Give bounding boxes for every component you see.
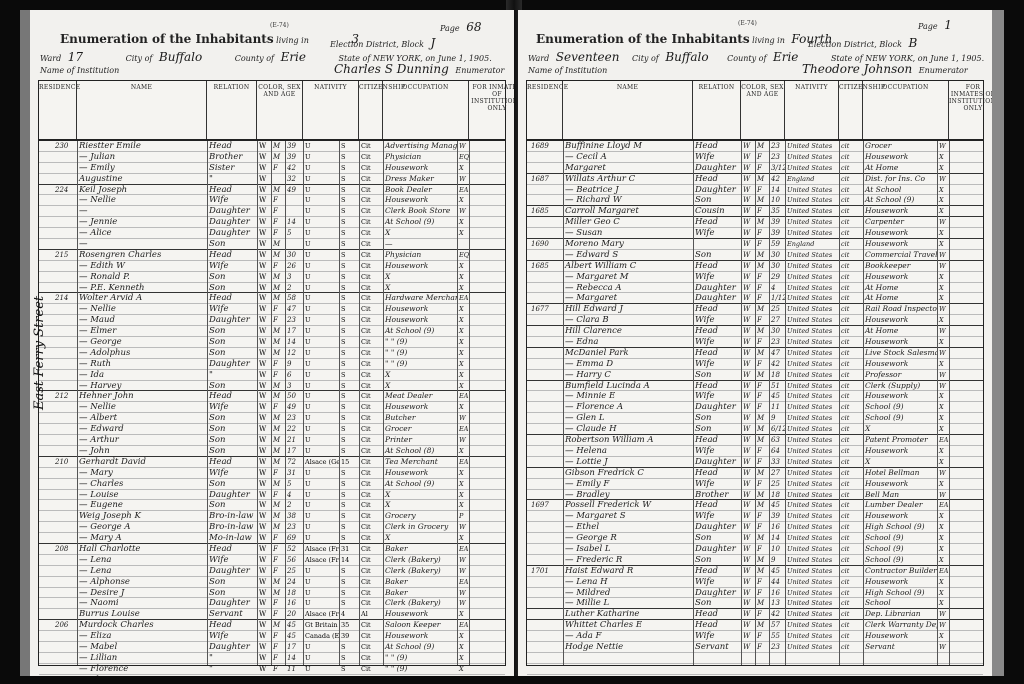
- cell-relation: Cousin: [693, 206, 741, 216]
- cell-house: [529, 598, 563, 608]
- cell-sex: M: [755, 555, 769, 565]
- cell-occupation: Housework: [383, 304, 457, 314]
- cell-nativity: U: [303, 348, 339, 358]
- cell-name: — Mildred: [563, 588, 693, 598]
- cell-cit: cit: [839, 468, 863, 478]
- cell-sex: M: [271, 413, 285, 423]
- cell-age: 47: [285, 304, 303, 314]
- cell-cit: Cit: [359, 174, 383, 184]
- cell-class: EQ: [457, 250, 469, 260]
- cell-class: W: [937, 174, 949, 184]
- cell-nativity: United States: [785, 402, 839, 412]
- cell-name: — Cecil A: [563, 152, 693, 162]
- cell-nativity: United States: [785, 511, 839, 521]
- cell-name: Hodge Nettie: [563, 642, 693, 652]
- cell-occupation: School (9): [863, 413, 937, 423]
- table-row: — Lillian"WF14USCit" " (9)X: [39, 653, 505, 664]
- cell-relation: Brother: [207, 152, 257, 162]
- cell-cit: cit: [839, 337, 863, 347]
- cell-nativity: United States: [785, 315, 839, 325]
- cell-occupation: Advertising Manager: [383, 141, 457, 151]
- cell-nativity: United States: [785, 141, 839, 151]
- cell-age: 18: [769, 370, 785, 380]
- cell-nat2: 4: [339, 609, 359, 619]
- cell-color: W: [741, 533, 755, 543]
- cell-class: EA: [457, 620, 469, 630]
- cell-class: EA: [937, 500, 949, 510]
- cell-sex: M: [271, 577, 285, 587]
- cell-nativity: U: [303, 413, 339, 423]
- cell-name: — Margaret M: [563, 272, 693, 282]
- cell-relation: Head: [207, 141, 257, 151]
- cell-relation: Head: [693, 348, 741, 358]
- cell-relation: Daughter: [693, 185, 741, 195]
- cell-cit: Cit: [359, 500, 383, 510]
- cell-relation: Wife: [207, 555, 257, 565]
- cell-class: W: [937, 381, 949, 391]
- cell-relation: Son: [207, 500, 257, 510]
- cell-occupation: At School (9): [383, 217, 457, 227]
- cell-house: [53, 533, 77, 543]
- cell-age: 9: [285, 359, 303, 369]
- cell-nat2: S: [339, 272, 359, 282]
- cell-name: — Adolphus: [77, 348, 207, 358]
- cell-color: W: [257, 413, 271, 423]
- cell-cit: cit: [839, 326, 863, 336]
- cell-occupation: High School (9): [863, 522, 937, 532]
- cell-color: W: [741, 272, 755, 282]
- cell-color: W: [257, 370, 271, 380]
- cell-color: W: [741, 293, 755, 303]
- cell-color: W: [741, 468, 755, 478]
- cell-occupation: Carpenter: [863, 217, 937, 227]
- cell-nativity: U: [303, 391, 339, 401]
- cell-age: 14: [769, 533, 785, 543]
- cell-sex: F: [271, 163, 285, 173]
- cell-nativity: U: [303, 500, 339, 510]
- cell-occupation: Grocery: [383, 511, 457, 521]
- cell-age: 59: [769, 239, 785, 249]
- cell-sex: M: [755, 500, 769, 510]
- cell-class: W: [457, 174, 469, 184]
- table-row: — ArthurSonWM21USCitPrinterW: [39, 435, 505, 446]
- cell-nat2: S: [339, 250, 359, 260]
- cell-age: 11: [769, 402, 785, 412]
- cell-color: W: [257, 337, 271, 347]
- cell-age: 69: [285, 533, 303, 543]
- cell-sex: M: [271, 424, 285, 434]
- cell-age: 45: [769, 391, 785, 401]
- cell-name: — Elmer: [77, 326, 207, 336]
- cell-occupation: Dress Maker: [383, 174, 457, 184]
- cell-nat2: S: [339, 239, 359, 249]
- cell-relation: Daughter: [207, 217, 257, 227]
- cell-nat2: S: [339, 533, 359, 543]
- cell-sex: F: [755, 185, 769, 195]
- cell-color: W: [257, 359, 271, 369]
- cell-nat2: S: [339, 391, 359, 401]
- cell-house: [53, 609, 77, 619]
- cell-cit: Cit: [359, 413, 383, 423]
- cell-class: X: [457, 261, 469, 271]
- cell-class: X: [937, 457, 949, 467]
- cell-sex: F: [755, 152, 769, 162]
- cell-age: 35: [769, 206, 785, 216]
- cell-nat2: S: [339, 206, 359, 216]
- table-row: — RuthDaughterWF9USCit" " (9)X: [39, 359, 505, 370]
- cell-age: 12: [285, 348, 303, 358]
- cell-house: 208: [53, 544, 77, 554]
- cell-age: 45: [769, 500, 785, 510]
- cell-sex: M: [755, 598, 769, 608]
- cell-relation: Head: [693, 435, 741, 445]
- cell-color: W: [741, 402, 755, 412]
- cell-sex: F: [755, 642, 769, 652]
- cell-name: — Bradley: [563, 490, 693, 500]
- cell-name: — P.E. Kenneth: [77, 283, 207, 293]
- cell-sex: M: [755, 195, 769, 205]
- cell-nat2: S: [339, 588, 359, 598]
- cell-cit: Cit: [359, 370, 383, 380]
- cell-sex: M: [755, 566, 769, 576]
- cell-house: [529, 228, 563, 238]
- cell-color: W: [741, 152, 755, 162]
- cell-relation: Head: [693, 381, 741, 391]
- cell-name: Rosengren Charles: [77, 250, 207, 260]
- cell-nativity: United States: [785, 588, 839, 598]
- cell-name: Willats Arthur C: [563, 174, 693, 184]
- cell-house: [529, 381, 563, 391]
- cell-sex: M: [271, 152, 285, 162]
- cell-age: 30: [285, 250, 303, 260]
- cell-name: — Lena: [77, 566, 207, 576]
- cell-cit: cit: [839, 413, 863, 423]
- cell-name: Hehner John: [77, 391, 207, 401]
- cell-class: EA: [457, 185, 469, 195]
- cell-nativity: U: [303, 490, 339, 500]
- cell-relation: Daughter: [693, 283, 741, 293]
- cell-name: Augustine: [77, 174, 207, 184]
- cell-color: W: [741, 479, 755, 489]
- cell-nativity: United States: [785, 598, 839, 608]
- cell-age: [769, 653, 785, 663]
- table-row: 208Hall CharlotteHeadWF52Alsace (France)…: [39, 544, 505, 555]
- cell-relation: Head: [693, 304, 741, 314]
- cell-nativity: Canada (Eng): [303, 631, 339, 641]
- cell-house: [53, 261, 77, 271]
- cell-relation: Daughter: [693, 544, 741, 554]
- cell-cit: cit: [839, 163, 863, 173]
- table-row: — AlphonseSonWM24USCitBakerEA: [39, 577, 505, 588]
- form-code: (E-74): [270, 22, 289, 29]
- cell-name: — Desire J: [77, 588, 207, 598]
- cell-color: W: [257, 174, 271, 184]
- cell-sex: M: [755, 174, 769, 184]
- cell-nativity: United States: [785, 642, 839, 652]
- cell-cit: cit: [839, 391, 863, 401]
- cell-relation: Son: [693, 250, 741, 260]
- cell-occupation: At Home: [863, 283, 937, 293]
- table-row: — NellieWifeWF49USCitHouseworkX: [39, 402, 505, 413]
- cell-nativity: United States: [785, 326, 839, 336]
- cell-sex: F: [271, 598, 285, 608]
- cell-nativity: U: [303, 653, 339, 663]
- cell-color: W: [741, 359, 755, 369]
- cell-name: — Edward S: [563, 250, 693, 260]
- cell-cit: Cit: [359, 326, 383, 336]
- cell-relation: Son: [207, 446, 257, 456]
- cell-age: 14: [285, 653, 303, 663]
- cell-age: 33: [769, 457, 785, 467]
- cell-occupation: " " (9): [383, 348, 457, 358]
- cell-occupation: Bell Man: [863, 490, 937, 500]
- cell-class: X: [937, 206, 949, 216]
- cell-color: W: [741, 577, 755, 587]
- table-row: — NellieWifeWFUSCitHouseworkX: [39, 195, 505, 206]
- cell-name: — Florence A: [563, 402, 693, 412]
- cell-house: [53, 239, 77, 249]
- cell-house: [529, 424, 563, 434]
- cell-age: 27: [769, 315, 785, 325]
- cell-cit: Cit: [359, 261, 383, 271]
- cell-relation: Wife: [693, 631, 741, 641]
- cell-occupation: School (9): [863, 544, 937, 554]
- cell-house: [529, 293, 563, 303]
- cell-occupation: " " (9): [383, 359, 457, 369]
- cell-age: 14: [769, 185, 785, 195]
- col-citizenship: Citizenship: [839, 81, 863, 139]
- cell-occupation: At Home: [863, 163, 937, 173]
- cell-occupation: Butcher: [383, 413, 457, 423]
- ward-value: Seventeen: [556, 50, 620, 64]
- cell-sex: M: [755, 141, 769, 151]
- election-district-field: Election District, Block B: [808, 36, 921, 50]
- cell-color: W: [257, 152, 271, 162]
- census-table-left: Residence Name Relation Color, Sex and A…: [38, 80, 506, 666]
- institution-line: Name of Institution: [528, 66, 607, 75]
- cell-name: [563, 653, 693, 663]
- cell-nativity: U: [303, 315, 339, 325]
- cell-name: — Glen L: [563, 413, 693, 423]
- cell-relation: Daughter: [207, 228, 257, 238]
- cell-nativity: United States: [785, 283, 839, 293]
- cell-occupation: X: [863, 424, 937, 434]
- cell-cit: Cit: [359, 511, 383, 521]
- cell-age: 4: [769, 283, 785, 293]
- cell-name: — Albert: [77, 413, 207, 423]
- cell-house: [529, 359, 563, 369]
- cell-relation: Daughter: [207, 566, 257, 576]
- cell-sex: F: [755, 479, 769, 489]
- left-rows: 230Riestter EmileHeadWM39USCitAdvertisin…: [39, 141, 505, 665]
- cell-relation: Wife: [693, 337, 741, 347]
- cell-color: W: [257, 228, 271, 238]
- cell-color: W: [741, 381, 755, 391]
- cell-cit: cit: [839, 304, 863, 314]
- cell-house: [53, 359, 77, 369]
- cell-relation: Wife: [693, 315, 741, 325]
- cell-house: [529, 577, 563, 587]
- cell-house: [529, 163, 563, 173]
- cell-relation: Servant: [693, 642, 741, 652]
- cell-house: [53, 304, 77, 314]
- col-occupation: Occupation: [383, 81, 469, 139]
- cell-cit: Cit: [359, 185, 383, 195]
- cell-house: [53, 588, 77, 598]
- cell-name: Whittet Charles E: [563, 620, 693, 630]
- cell-name: — Emma D: [563, 359, 693, 369]
- cell-sex: F: [271, 315, 285, 325]
- cell-nativity: United States: [785, 391, 839, 401]
- street-annotation: East Ferry Street: [32, 230, 46, 410]
- cell-nat2: S: [339, 195, 359, 205]
- cell-sex: M: [271, 479, 285, 489]
- cell-age: 25: [769, 304, 785, 314]
- cell-relation: Daughter: [207, 490, 257, 500]
- cell-house: [529, 250, 563, 260]
- table-row: 230Riestter EmileHeadWM39USCitAdvertisin…: [39, 141, 505, 152]
- cell-relation: Daughter: [207, 315, 257, 325]
- cell-color: W: [741, 217, 755, 227]
- cell-class: [937, 653, 949, 663]
- cell-class: X: [457, 609, 469, 619]
- county-value: Erie: [281, 50, 306, 64]
- cell-house: 1697: [529, 500, 563, 510]
- cell-sex: F: [755, 239, 769, 249]
- cell-class: X: [937, 577, 949, 587]
- cell-name: Carroll Margaret: [563, 206, 693, 216]
- cell-nativity: U: [303, 359, 339, 369]
- cell-house: [529, 283, 563, 293]
- cell-sex: F: [755, 228, 769, 238]
- cell-cit: Cit: [359, 293, 383, 303]
- cell-house: [529, 609, 563, 619]
- cell-cit: Cit: [359, 283, 383, 293]
- cell-sex: F: [271, 566, 285, 576]
- cell-cit: cit: [839, 195, 863, 205]
- cell-class: X: [937, 555, 949, 565]
- cell-age: 16: [285, 598, 303, 608]
- cell-nativity: United States: [785, 566, 839, 576]
- cell-occupation: Grocer: [863, 141, 937, 151]
- cell-house: [53, 326, 77, 336]
- col-inmates: For Inmates of Institutions Only: [469, 81, 514, 139]
- cell-nativity: United States: [785, 185, 839, 195]
- cell-name: — Claude H: [563, 424, 693, 434]
- cell-occupation: Housework: [863, 359, 937, 369]
- cell-name: — Harvey: [77, 381, 207, 391]
- cell-cit: cit: [839, 533, 863, 543]
- cell-relation: [693, 239, 741, 249]
- cell-color: W: [741, 598, 755, 608]
- cell-age: 45: [285, 631, 303, 641]
- cell-age: 17: [285, 326, 303, 336]
- cell-nativity: United States: [785, 206, 839, 216]
- cell-sex: F: [755, 577, 769, 587]
- cell-cit: cit: [839, 348, 863, 358]
- cell-name: Buffinine Lloyd M: [563, 141, 693, 151]
- cell-occupation: Baker: [383, 577, 457, 587]
- table-row: — NaomiDaughterWF16USCitClerk (Bakery)W: [39, 598, 505, 609]
- cell-house: [529, 402, 563, 412]
- cell-cit: cit: [839, 293, 863, 303]
- cell-occupation: [863, 664, 937, 674]
- cell-relation: Daughter: [207, 359, 257, 369]
- cell-name: — George: [77, 337, 207, 347]
- cell-name: — Nellie: [77, 304, 207, 314]
- cell-color: W: [741, 261, 755, 271]
- cell-occupation: Housework: [863, 152, 937, 162]
- cell-class: X: [937, 293, 949, 303]
- enumerator-line: Theodore Johnson Enumerator: [798, 62, 968, 76]
- cell-color: W: [257, 620, 271, 630]
- cell-nat2: S: [339, 566, 359, 576]
- cell-color: W: [257, 457, 271, 467]
- cell-occupation: Baker: [383, 588, 457, 598]
- cell-relation: Bro-in-law: [207, 522, 257, 532]
- cell-nat2: S: [339, 337, 359, 347]
- cell-color: W: [741, 174, 755, 184]
- cell-nativity: England: [785, 174, 839, 184]
- cell-cit: Cit: [359, 391, 383, 401]
- cell-class: W: [937, 642, 949, 652]
- cell-name: — George A: [77, 522, 207, 532]
- cell-occupation: Clerk Warranty Dept: [863, 620, 937, 630]
- cell-age: 30: [769, 261, 785, 271]
- cell-house: [53, 228, 77, 238]
- census-table-right: Residence Name Relation Color, Sex and A…: [526, 80, 984, 666]
- cell-nativity: U: [303, 522, 339, 532]
- cell-nat2: 39: [339, 631, 359, 641]
- cell-color: W: [741, 326, 755, 336]
- cell-sex: F: [755, 163, 769, 173]
- cell-age: 56: [285, 555, 303, 565]
- cell-class: X: [457, 228, 469, 238]
- cell-nativity: U: [303, 228, 339, 238]
- cell-occupation: At School (9): [383, 642, 457, 652]
- cell-color: W: [741, 185, 755, 195]
- cell-name: — Harry C: [563, 370, 693, 380]
- table-row: — JohnSonWM17USCitAt School (8)X: [39, 446, 505, 457]
- cell-nativity: U: [303, 185, 339, 195]
- cell-occupation: School (9): [863, 555, 937, 565]
- cell-cit: cit: [839, 522, 863, 532]
- cell-class: X: [937, 272, 949, 282]
- cell-relation: [693, 653, 741, 663]
- cell-name: — Maud: [77, 315, 207, 325]
- cell-occupation: At School (9): [383, 479, 457, 489]
- cell-class: X: [457, 446, 469, 456]
- cell-occupation: Servant: [863, 642, 937, 652]
- cell-age: 6: [285, 370, 303, 380]
- cell-sex: M: [755, 217, 769, 227]
- cell-sex: F: [271, 402, 285, 412]
- cell-nativity: United States: [785, 152, 839, 162]
- col-name: Name: [563, 81, 693, 139]
- cell-name: Haist Edward R: [563, 566, 693, 576]
- cell-nat2: S: [339, 511, 359, 521]
- cell-name: — Lillian: [77, 653, 207, 663]
- cell-nativity: United States: [785, 250, 839, 260]
- cell-color: W: [257, 577, 271, 587]
- cell-nat2: S: [339, 326, 359, 336]
- cell-sex: M: [271, 250, 285, 260]
- cell-cit: Cit: [359, 533, 383, 543]
- cell-occupation: Clerk (Bakery): [383, 555, 457, 565]
- cell-sex: F: [755, 272, 769, 282]
- cell-color: W: [741, 555, 755, 565]
- cell-sex: M: [271, 337, 285, 347]
